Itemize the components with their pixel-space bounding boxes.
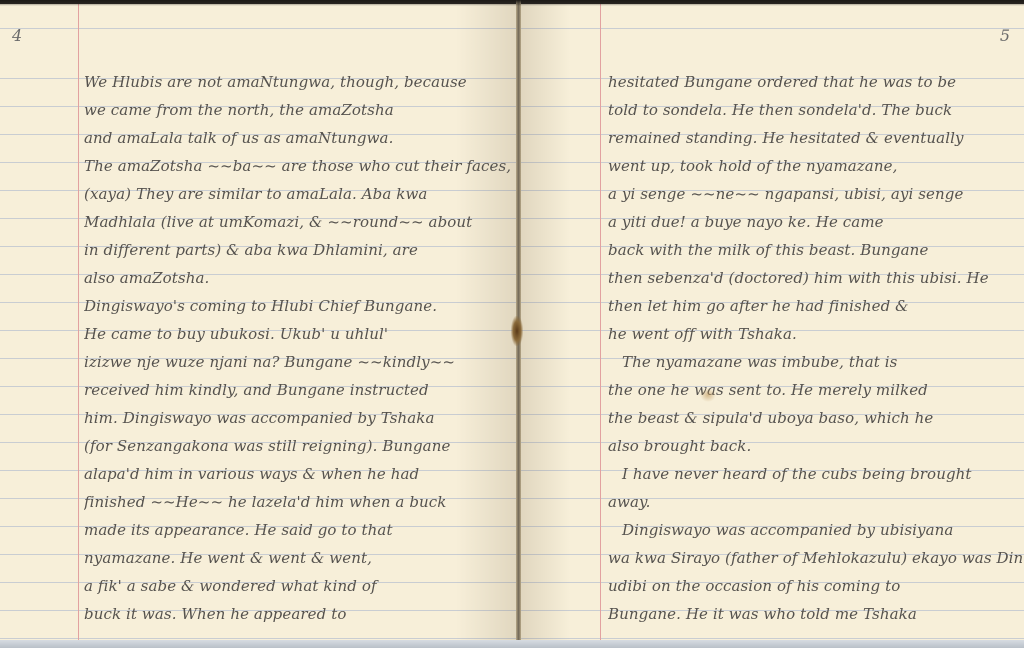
left-page: 4 We Hlubis are not amaNtungwa, though, … xyxy=(0,4,518,642)
text-line: the one he was sent to. He merely milked xyxy=(608,376,1022,404)
text-line: then sebenza'd (doctored) him with this … xyxy=(608,264,1022,292)
text-line: Dingiswayo was accompanied by ubisiyana xyxy=(608,516,1022,544)
right-page: 5 hesitated Bungane ordered that he was … xyxy=(520,4,1024,642)
right-page-text: hesitated Bungane ordered that he was to… xyxy=(608,68,1022,628)
text-line: The amaZotsha ~~ba~~ are those who cut t… xyxy=(84,152,514,180)
margin-line-right xyxy=(600,4,601,642)
text-line: Madhlala (live at umKomazi, & ~~round~~ … xyxy=(84,208,514,236)
text-line: Bungane. He it was who told me Tshaka xyxy=(608,600,1022,628)
text-line: then let him go after he had finished & xyxy=(608,292,1022,320)
page-number-left: 4 xyxy=(12,26,22,45)
text-line: him. Dingiswayo was accompanied by Tshak… xyxy=(84,404,514,432)
text-line: The nyamazane was imbube, that is xyxy=(608,348,1022,376)
text-line: a yiti due! a buye nayo ke. He came xyxy=(608,208,1022,236)
text-line: he went off with Tshaka. xyxy=(608,320,1022,348)
text-line-heading: Dingiswayo's coming to Hlubi Chief Bunga… xyxy=(84,292,514,320)
text-line: told to sondela. He then sondela'd. The … xyxy=(608,96,1022,124)
foxing-stain xyxy=(700,388,716,402)
bottom-edge xyxy=(0,640,1024,648)
text-line: hesitated Bungane ordered that he was to… xyxy=(608,68,1022,96)
left-page-text: We Hlubis are not amaNtungwa, though, be… xyxy=(84,68,514,628)
text-line: nyamazane. He went & went & went, xyxy=(84,544,514,572)
text-line: and amaLala talk of us as amaNtungwa. xyxy=(84,124,514,152)
text-line: a fik' a sabe & wondered what kind of xyxy=(84,572,514,600)
margin-line-left xyxy=(78,4,79,642)
text-line: We Hlubis are not amaNtungwa, though, be… xyxy=(84,68,514,96)
text-line: remained standing. He hesitated & eventu… xyxy=(608,124,1022,152)
text-line: went up, took hold of the nyamazane, xyxy=(608,152,1022,180)
text-line: alapa'd him in various ways & when he ha… xyxy=(84,460,514,488)
text-line: away. xyxy=(608,488,1022,516)
text-line: also brought back. xyxy=(608,432,1022,460)
text-line: (for Senzangakona was still reigning). B… xyxy=(84,432,514,460)
top-edge-shadow xyxy=(0,0,1024,6)
text-line: made its appearance. He said go to that xyxy=(84,516,514,544)
text-line: He came to buy ubukosi. Ukub' u uhlul' xyxy=(84,320,514,348)
text-line: wa kwa Sirayo (father of Mehlokazulu) ek… xyxy=(608,544,1022,572)
text-line: we came from the north, the amaZotsha xyxy=(84,96,514,124)
text-line: received him kindly, and Bungane instruc… xyxy=(84,376,514,404)
text-line: finished ~~He~~ he lazela'd him when a b… xyxy=(84,488,514,516)
notebook-spread: 4 We Hlubis are not amaNtungwa, though, … xyxy=(0,0,1024,648)
text-line: the beast & sipula'd uboya baso, which h… xyxy=(608,404,1022,432)
text-line: also amaZotsha. xyxy=(84,264,514,292)
text-line: back with the milk of this beast. Bungan… xyxy=(608,236,1022,264)
text-line: buck it was. When he appeared to xyxy=(84,600,514,628)
text-line: a yi senge ~~ne~~ ngapansi, ubisi, ayi s… xyxy=(608,180,1022,208)
text-line: (xaya) They are similar to amaLala. Aba … xyxy=(84,180,514,208)
binding-stain xyxy=(511,316,523,346)
text-line: in different parts) & aba kwa Dhlamini, … xyxy=(84,236,514,264)
text-line: I have never heard of the cubs being bro… xyxy=(608,460,1022,488)
text-line: udibi on the occasion of his coming to xyxy=(608,572,1022,600)
text-line: izizwe nje wuze njani na? Bungane ~~kind… xyxy=(84,348,514,376)
page-number-right: 5 xyxy=(1000,26,1010,45)
